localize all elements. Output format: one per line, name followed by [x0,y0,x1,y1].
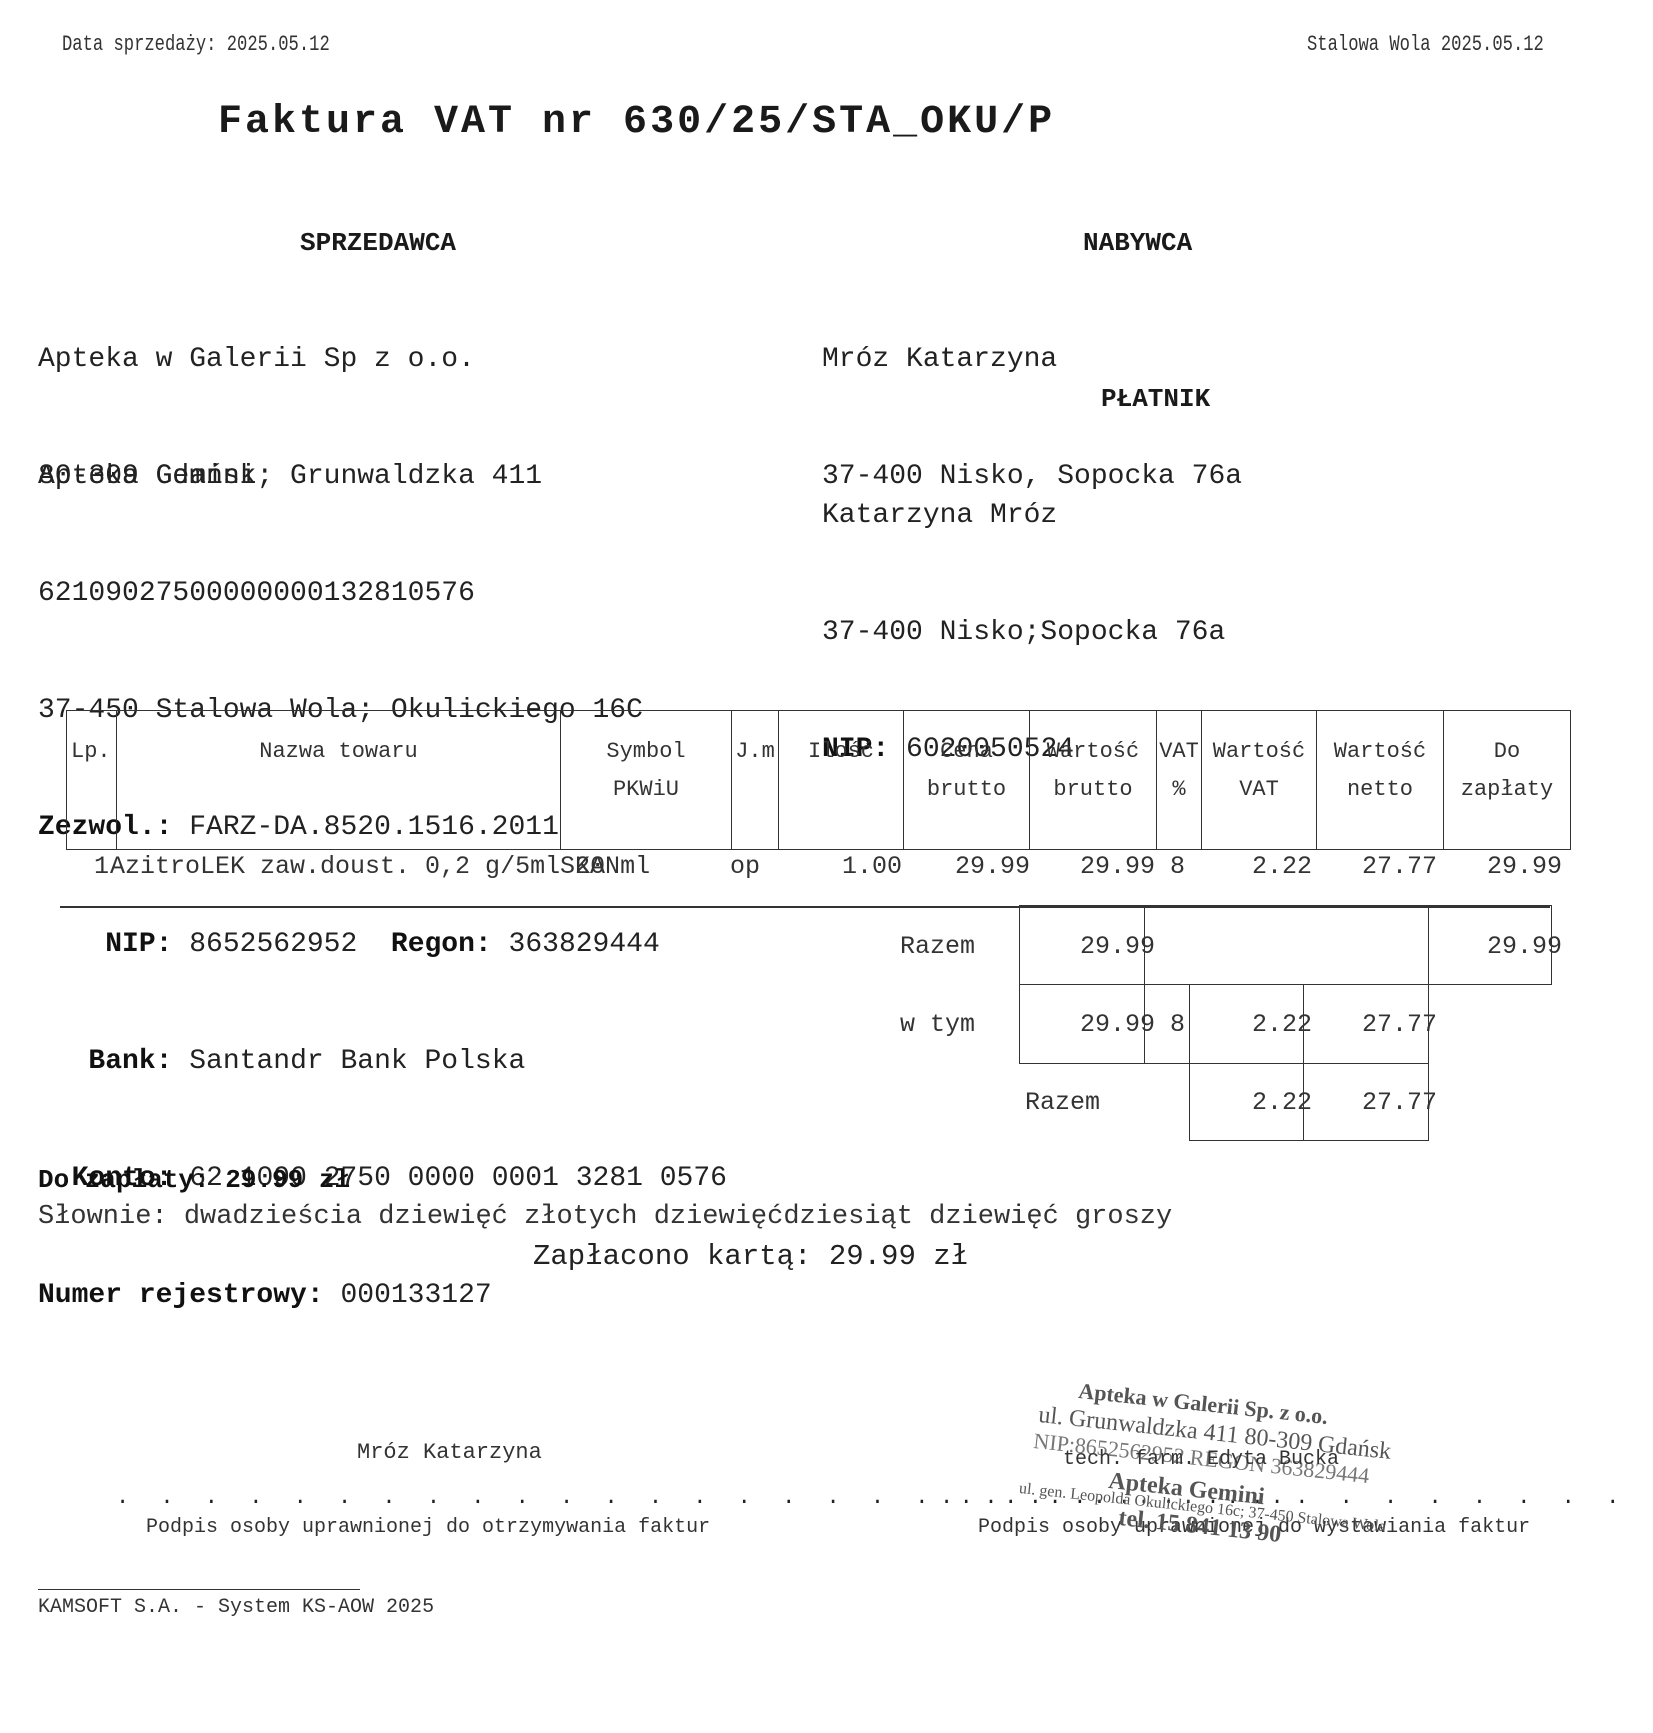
bank-line: Bank: Santandr Bank Polska [38,1042,727,1081]
branch-name: Apteka Gemini [38,457,727,496]
amount-in-words: Słownie: dwadzieścia dziewięć złotych dz… [38,1202,1172,1232]
items-table-header: Lp. Nazwa towaru SymbolPKWiU J.m Ilość C… [67,711,1571,850]
invoice-title: Faktura VAT nr 630/25/STA_OKU/P [218,100,1055,145]
payer-address: 37-400 Nisko;Sopocka 76a [822,613,1225,652]
stamp-line-4: tech. farm. Edyta Bucka [1063,1448,1339,1471]
row-qty: 1.00 [842,852,902,881]
nip-label: NIP: [105,929,172,960]
col-unit: J.m [732,711,779,850]
row-symbol: SKAN [560,852,620,881]
regon-value: 363829444 [509,929,660,960]
col-vat-rate: VAT% [1157,711,1202,850]
register-line: Numer rejestrowy: 000133127 [38,1276,727,1315]
summary-incl-label: w tym [900,1010,975,1039]
summary-vat-total-label: Razem [1025,1088,1100,1117]
col-value-gross: Wartośćbrutto [1030,711,1157,850]
bank-value: Santandr Bank Polska [189,1046,525,1077]
register-value: 000133127 [340,1280,491,1311]
seller-name: Apteka w Galerii Sp z o.o. [38,340,542,379]
col-to-pay: Do zapłaty [1444,711,1571,850]
payer-heading: PŁATNIK [1101,384,1210,414]
col-value-net: Wartośćnetto [1317,711,1444,850]
col-price-gross: Cenabrutto [904,711,1030,850]
items-table: Lp. Nazwa towaru SymbolPKWiU J.m Ilość C… [66,710,1571,850]
row-vat-value: 2.22 [1252,852,1312,881]
software-credit: KAMSOFT S.A. - System KS-AOW 2025 [38,1596,434,1619]
total-empty-box [1144,905,1429,985]
row-value-gross: 29.99 [1080,852,1155,881]
row-price-gross: 29.99 [955,852,1030,881]
col-vat-value: WartośćVAT [1202,711,1317,850]
summary-incl-gross: 29.99 [1080,1010,1155,1039]
amount-due: Do zapłaty: 29.99 zł [38,1165,350,1195]
col-symbol: SymbolPKWiU [561,711,732,850]
col-name: Nazwa towaru [117,711,561,850]
payer-name: Katarzyna Mróz [822,496,1225,535]
row-vat-rate: 8 [1170,852,1185,881]
bank-label: Bank: [88,1046,172,1077]
place-date: Stalowa Wola 2025.05.12 [1307,32,1544,57]
summary-net-total: 27.77 [1362,1088,1437,1117]
register-label: Numer rejestrowy: [38,1280,324,1311]
receiver-name: Mróz Katarzyna [357,1440,542,1465]
col-qty: Ilość [779,711,904,850]
summary-total-to-pay: 29.99 [1487,932,1562,961]
receiver-caption: Podpis osoby uprawnionej do otrzymywania… [146,1516,710,1539]
summary-incl-vat: 2.22 [1252,1010,1312,1039]
row-value-net: 27.77 [1362,852,1437,881]
regon-label: Regon: [391,929,492,960]
buyer-heading: NABYWCA [1083,228,1192,258]
nip-regon-line: NIP: 8652562952 Regon: 363829444 [38,925,727,964]
summary-vat-total: 2.22 [1252,1088,1312,1117]
summary-total-gross: 29.99 [1080,932,1155,961]
paid-by-card: Zapłacono kartą: 29.99 zł [533,1240,968,1273]
footer-rule [38,1589,360,1590]
summary-incl-rate: 8 [1170,1010,1185,1039]
summary-incl-net: 27.77 [1362,1010,1437,1039]
nip-value: 8652562952 [189,929,357,960]
sale-date: Data sprzedaży: 2025.05.12 [62,32,330,57]
seller-heading: SPRZEDAWCA [300,228,456,258]
branch-code: 62109027500000000132810576 [38,574,727,613]
summary-total-label: Razem [900,932,975,961]
row-lp: 1 [94,852,109,881]
col-lp: Lp. [67,711,117,850]
buyer-name: Mróz Katarzyna [822,340,1242,379]
row-to-pay: 29.99 [1487,852,1562,881]
row-unit: op [730,852,760,881]
